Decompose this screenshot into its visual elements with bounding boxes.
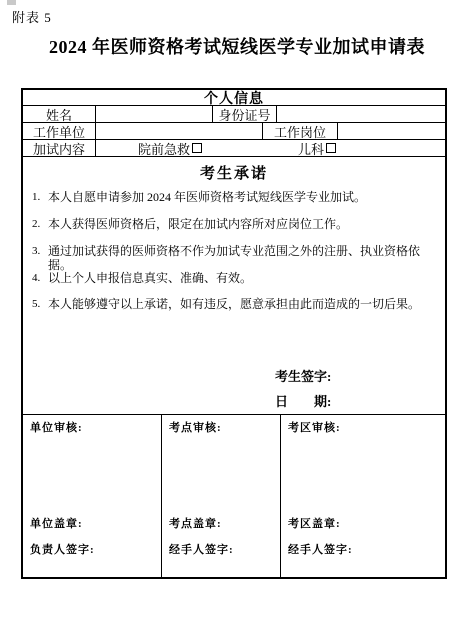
- commitment-item: 2. 本人获得医师资格后，限定在加试内容所对应岗位工作。: [32, 217, 437, 231]
- district-review-column[interactable]: 考区审核: 考区盖章: 经手人签字:: [281, 415, 445, 577]
- page-corner-tab: [7, 0, 16, 5]
- name-label: 姓 名: [23, 106, 96, 122]
- commitment-item: 5. 本人能够遵守以上承诺，如有违反，愿意承担由此而造成的一切后果。: [32, 297, 437, 311]
- id-number-label: 身份证号: [213, 106, 277, 122]
- unit-sign-label: 负责人签字:: [30, 541, 95, 557]
- date-label[interactable]: 日 期:: [275, 391, 331, 410]
- item-text: 以上个人申报信息真实、准确、有效。: [48, 271, 252, 285]
- item-text: 本人自愿申请参加 2024 年医师资格考试短线医学专业加试。: [48, 190, 366, 204]
- name-field[interactable]: [96, 106, 213, 122]
- candidate-signature-label[interactable]: 考生签字:: [275, 366, 331, 385]
- additional-test-row: 加试内容 院前急救 儿科: [23, 140, 445, 157]
- site-review-column[interactable]: 考点审核: 考点盖章: 经手人签字:: [162, 415, 281, 577]
- review-section: 单位审核: 单位盖章: 负责人签字: 考点审核: 考点盖章: 经手人签字: 考区…: [23, 415, 445, 577]
- name-id-row: 姓 名 身份证号: [23, 106, 445, 123]
- pediatrics-checkbox[interactable]: [326, 143, 336, 153]
- commitment-item: 3. 通过加试获得的医师资格不作为加试专业范围之外的注册、执业资格依据。: [32, 244, 437, 272]
- district-seal-label: 考区盖章:: [288, 515, 341, 531]
- district-review-label: 考区审核:: [288, 419, 341, 435]
- work-row: 工作单位 工作岗位: [23, 123, 445, 140]
- site-sign-label: 经手人签字:: [169, 541, 234, 557]
- commitment-item: 4. 以上个人申报信息真实、准确、有效。: [32, 271, 437, 285]
- id-number-field[interactable]: [277, 106, 445, 122]
- item-number: 4.: [32, 271, 48, 285]
- application-form-table: 个人信息 姓 名 身份证号 工作单位 工作岗位 加试内容 院前急救: [21, 88, 447, 579]
- prehospital-checkbox[interactable]: [192, 143, 202, 153]
- item-number: 3.: [32, 244, 48, 272]
- item-number: 1.: [32, 190, 48, 204]
- option-prehospital-label: 院前急救: [138, 139, 190, 158]
- unit-review-label: 单位审核:: [30, 419, 83, 435]
- commitment-section: 考生承诺 1. 本人自愿申请参加 2024 年医师资格考试短线医学专业加试。 2…: [23, 157, 445, 415]
- item-text: 本人获得医师资格后，限定在加试内容所对应岗位工作。: [48, 217, 348, 231]
- site-seal-label: 考点盖章:: [169, 515, 222, 531]
- work-unit-field[interactable]: [96, 123, 263, 139]
- work-post-field[interactable]: [338, 123, 445, 139]
- option-prehospital: 院前急救: [138, 139, 202, 158]
- appendix-label: 附表 5: [12, 7, 52, 26]
- work-unit-label: 工作单位: [23, 123, 96, 139]
- option-pediatrics: 儿科: [298, 139, 336, 158]
- additional-test-label: 加试内容: [23, 140, 96, 156]
- work-post-label: 工作岗位: [263, 123, 338, 139]
- item-text: 本人能够遵守以上承诺，如有违反，愿意承担由此而造成的一切后果。: [48, 297, 420, 311]
- commitment-item: 1. 本人自愿申请参加 2024 年医师资格考试短线医学专业加试。: [32, 190, 437, 204]
- site-review-label: 考点审核:: [169, 419, 222, 435]
- item-number: 5.: [32, 297, 48, 311]
- page-title: 2024 年医师资格考试短线医学专业加试申请表: [0, 33, 474, 59]
- unit-seal-label: 单位盖章:: [30, 515, 83, 531]
- unit-review-column[interactable]: 单位审核: 单位盖章: 负责人签字:: [23, 415, 162, 577]
- document-page: 附表 5 2024 年医师资格考试短线医学专业加试申请表 个人信息 姓 名 身份…: [0, 0, 474, 622]
- commitment-header: 考生承诺: [23, 162, 445, 183]
- option-pediatrics-label: 儿科: [298, 139, 324, 158]
- district-sign-label: 经手人签字:: [288, 541, 353, 557]
- item-number: 2.: [32, 217, 48, 231]
- item-text: 通过加试获得的医师资格不作为加试专业范围之外的注册、执业资格依据。: [48, 244, 437, 272]
- additional-test-options: 院前急救 儿科: [96, 140, 445, 156]
